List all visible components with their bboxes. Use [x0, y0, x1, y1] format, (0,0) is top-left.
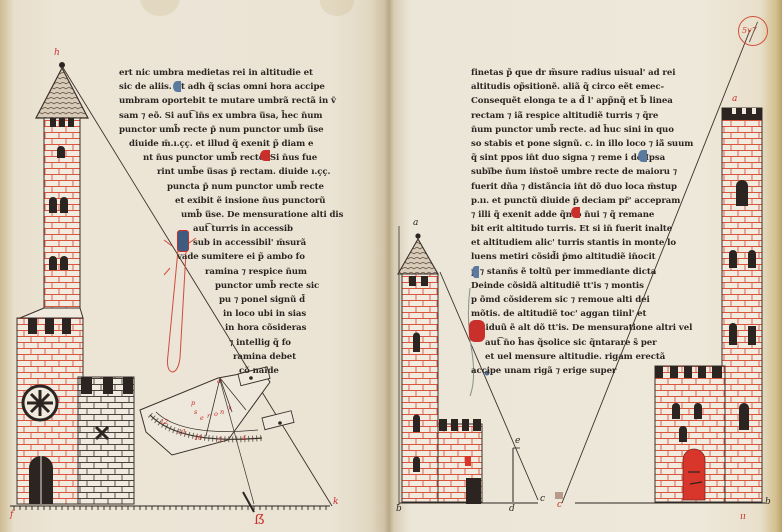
svg-text:a: a — [217, 377, 221, 385]
text-line: rectam ⁊ iã̄ respice altitudiẽ turris ⁊ … — [471, 109, 693, 123]
manuscript-spread: pse ronx 121110 54 a ẞ — [0, 0, 782, 532]
label-c: c — [540, 494, 545, 504]
svg-text:n: n — [220, 408, 224, 416]
text-line: punctor umb̃ recte sic — [119, 279, 343, 293]
text-line: ramina debet — [119, 350, 343, 364]
text-line: ⁊ illi q̃ exenit adde q̃nto n̄ui ⁊ q̃ re… — [471, 208, 693, 222]
svg-text:e: e — [200, 414, 204, 422]
quadrant-instrument: pse ronx 121110 54 a — [140, 367, 294, 512]
small-tower-annex — [438, 419, 482, 504]
decorated-initial-left — [177, 230, 189, 252]
folio-number-text: 5v7 — [742, 26, 757, 35]
tall-tower — [722, 108, 762, 502]
text-line: sam ⁊ eõ. Si aut͡ in̄s ex umbra u̅sa, h̄… — [119, 109, 343, 123]
svg-text:5: 5 — [218, 436, 222, 444]
label-b-tall: b — [765, 497, 771, 507]
text-line: q̃ sint ppos in̄t duo signa ⁊ reme i de … — [471, 151, 693, 165]
right-page-text: finetas p̃ que dr m̃sure radius uisual' … — [471, 66, 693, 378]
paragraph-mark-red — [571, 207, 580, 218]
text-line: p ⁊ stanñs ẽ toltũ per immediante dicta — [471, 265, 693, 279]
text-line: p.ıı. et punctũ diuide p̄ deciam pr̄' ac… — [471, 194, 693, 208]
left-wall-annex — [78, 377, 134, 504]
label-c-red: c — [557, 500, 562, 510]
text-line: so stabis et pone signũ. c. in illo loco… — [471, 137, 693, 151]
text-line: fuerit dña ⁊ distãncia in̄t dõ duo loca … — [471, 180, 693, 194]
text-line: n̄um punctor umb̃ recte. ad h̄uc sini in… — [471, 123, 693, 137]
svg-text:11: 11 — [178, 428, 186, 436]
text-line: altitudis op̃sitionẽ. aliã q̃ circo eẽt … — [471, 80, 693, 94]
text-line: vade sumitere ei p̃ ambo fo — [119, 250, 343, 264]
text-line: puncta p̄ num punctor umb̃ recte — [119, 180, 343, 194]
text-line: sub in accessibil' m̄surã — [119, 236, 343, 250]
text-line: et uel mensure altitudie. rigam erectã — [471, 350, 693, 364]
text-line: sic de aliis. Et adh q̃ scias omni hora … — [119, 80, 343, 94]
text-line: mõtis. de altitudiẽ toc' aggan tiinl' et — [471, 307, 693, 321]
plumb-bob-mark: ẞ — [254, 513, 265, 528]
label-h: h — [54, 48, 60, 58]
text-line: ert nic umbra medietas rei in altitudie … — [119, 66, 343, 80]
left-tower — [17, 62, 88, 504]
text-line: pu ⁊ ponel signũ d̄ — [119, 293, 343, 307]
text-line: ⁊ intellig q̃ fo — [119, 336, 343, 350]
text-line: Consequẽt elonga te a d̃ l' app̃nq̃ et b… — [471, 94, 693, 108]
label-k: k — [333, 497, 338, 507]
text-line: diuide m̄.ı.çç. et illud q̃ exenit p̃ di… — [119, 137, 343, 151]
text-line: residuũ ẽ alt dõ tt'is. De mensuratione … — [471, 321, 693, 335]
label-b-small: b — [396, 504, 402, 514]
label-a-tall: a — [732, 94, 737, 104]
text-line: bit erit altitudo turris. Et si in̄ fuer… — [471, 222, 693, 236]
text-line: et exibit ẽ insione n̄us punctorũ — [119, 194, 343, 208]
text-line: luens metiri cõsid̃i p̄mo altitudiẽ in̄o… — [471, 250, 693, 264]
text-line: umbram oportebit te mutare umbrã rectã i… — [119, 94, 343, 108]
text-line: aut͡ turris in accessib — [119, 222, 343, 236]
text-line: accipe unam rigã ⁊ erige super — [471, 364, 693, 378]
text-line: ramina ⁊ respice n̄um — [119, 265, 343, 279]
text-line: umb̃ u̅se. De mensuratione alti dis — [119, 208, 343, 222]
svg-text:12: 12 — [160, 418, 168, 426]
text-line: nt n̄us punctor umb̃ recte. Si n̄us fue — [119, 151, 343, 165]
text-line: punctor umb̃ recte p̄ num punctor umb̃ u… — [119, 123, 343, 137]
paragraph-mark-blue — [638, 150, 647, 162]
paragraph-mark-blue — [472, 266, 479, 278]
tall-tower-gatehouse — [655, 366, 725, 502]
text-line: finetas p̃ que dr m̃sure radius uisual' … — [471, 66, 693, 80]
text-line: subi̅be n̄um in̄stoẽ umbre recte de maio… — [471, 165, 693, 179]
svg-text:x: x — [228, 404, 232, 412]
label-d: d — [509, 504, 515, 514]
left-page-text: ert nic umbra medietas rei in altitudie … — [119, 66, 343, 378]
text-line: rint umb̃e u̅sas p̄ rectam. diuide ı.çç. — [119, 165, 343, 179]
paragraph-mark-red — [260, 150, 270, 161]
text-line: in hora cõsideras — [119, 321, 343, 335]
text-line: Deinde cõsidã altitudiẽ tt'is ⁊ montis — [471, 279, 693, 293]
text-line: in loco ubi in sias — [119, 307, 343, 321]
margin-mark: ıı — [740, 512, 746, 522]
svg-text:o: o — [214, 410, 218, 418]
decorated-initial-right — [469, 320, 485, 342]
text-line: et altitudiem alic' turris stantis in mo… — [471, 236, 693, 250]
svg-text:4: 4 — [241, 434, 246, 442]
svg-text:10: 10 — [194, 434, 202, 442]
label-f: f — [10, 510, 13, 520]
folio-number: 5v7 — [738, 16, 768, 46]
text-line: aut͡ n̄o h̄as q̃solice sic q̃ntarare s̃ … — [471, 336, 693, 350]
text-line: cõ naide — [119, 364, 343, 378]
label-e: e — [515, 436, 520, 446]
small-tower — [398, 226, 438, 505]
label-a-small: a — [413, 218, 418, 228]
paragraph-mark-blue — [173, 81, 181, 92]
ink-smudge — [555, 492, 563, 499]
text-line: p õmd cõsiderem sic ⁊ remoue alti dei — [471, 293, 693, 307]
left-ground-scale — [10, 506, 330, 510]
